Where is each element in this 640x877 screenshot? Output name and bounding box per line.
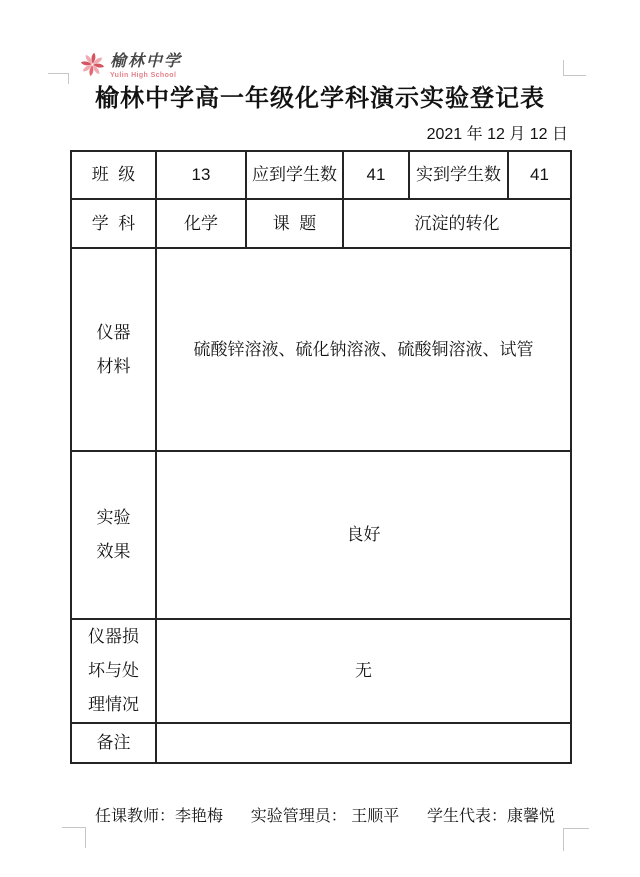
topic-value-cell: 沉淀的转化 [343, 199, 571, 248]
damage-label-cell: 仪器损 坏与处 理情况 [71, 619, 156, 723]
experiment-registration-table: 班 级 13 应到学生数 41 实到学生数 41 学 科 化学 课 题 沉淀的转… [70, 150, 572, 764]
remarks-label-cell: 备注 [71, 723, 156, 763]
document-date: 2021 年 12 月 12 日 [0, 121, 568, 144]
equipment-value-cell: 硫酸锌溶液、硫化钠溶液、硫酸铜溶液、试管 [156, 248, 571, 451]
equipment-label-cell: 仪器 材料 [71, 248, 156, 451]
school-name-english: Yulin High School [110, 72, 182, 79]
teacher-signature: 任课教师：李艳梅 [95, 803, 223, 826]
subject-value-cell: 化学 [156, 199, 246, 248]
actual-students-label-cell: 实到学生数 [409, 151, 508, 199]
margin-corner-mark-bottom-right [563, 828, 589, 851]
actual-students-value-cell: 41 [508, 151, 571, 199]
row-experiment-effect: 实验 效果 良好 [71, 451, 571, 619]
margin-corner-mark-bottom-left [62, 827, 86, 848]
margin-corner-mark-top-left [48, 73, 69, 84]
page-title: 榆林中学高一年级化学科演示实验登记表 [0, 84, 640, 114]
school-logo: 榆林中学 Yulin High School [79, 48, 182, 81]
student-signature: 学生代表：康馨悦 [427, 803, 555, 826]
row-class-attendance: 班 级 13 应到学生数 41 实到学生数 41 [71, 151, 571, 199]
expected-students-label-cell: 应到学生数 [246, 151, 343, 199]
school-name-chinese: 榆林中学 [110, 53, 182, 71]
row-equipment-materials: 仪器 材料 硫酸锌溶液、硫化钠溶液、硫酸铜溶液、试管 [71, 248, 571, 451]
margin-corner-mark-top-right [563, 60, 586, 76]
damage-value-cell: 无 [156, 619, 571, 723]
topic-label-cell: 课 题 [246, 199, 343, 248]
school-logo-text: 榆林中学 Yulin High School [110, 48, 182, 79]
row-equipment-damage: 仪器损 坏与处 理情况 无 [71, 619, 571, 723]
manager-signature: 实验管理员： 王顺平 [251, 803, 399, 826]
school-logo-flower-icon [79, 48, 106, 81]
signature-row: 任课教师：李艳梅 实验管理员： 王顺平 学生代表：康馨悦 [95, 803, 555, 826]
effect-value-cell: 良好 [156, 451, 571, 619]
row-subject-topic: 学 科 化学 课 题 沉淀的转化 [71, 199, 571, 248]
class-value-cell: 13 [156, 151, 246, 199]
expected-students-value-cell: 41 [343, 151, 409, 199]
row-remarks: 备注 [71, 723, 571, 763]
document-page: 榆林中学 Yulin High School 榆林中学高一年级化学科演示实验登记… [0, 0, 640, 877]
remarks-value-cell [156, 723, 571, 763]
subject-label-cell: 学 科 [71, 199, 156, 248]
class-label-cell: 班 级 [71, 151, 156, 199]
effect-label-cell: 实验 效果 [71, 451, 156, 619]
